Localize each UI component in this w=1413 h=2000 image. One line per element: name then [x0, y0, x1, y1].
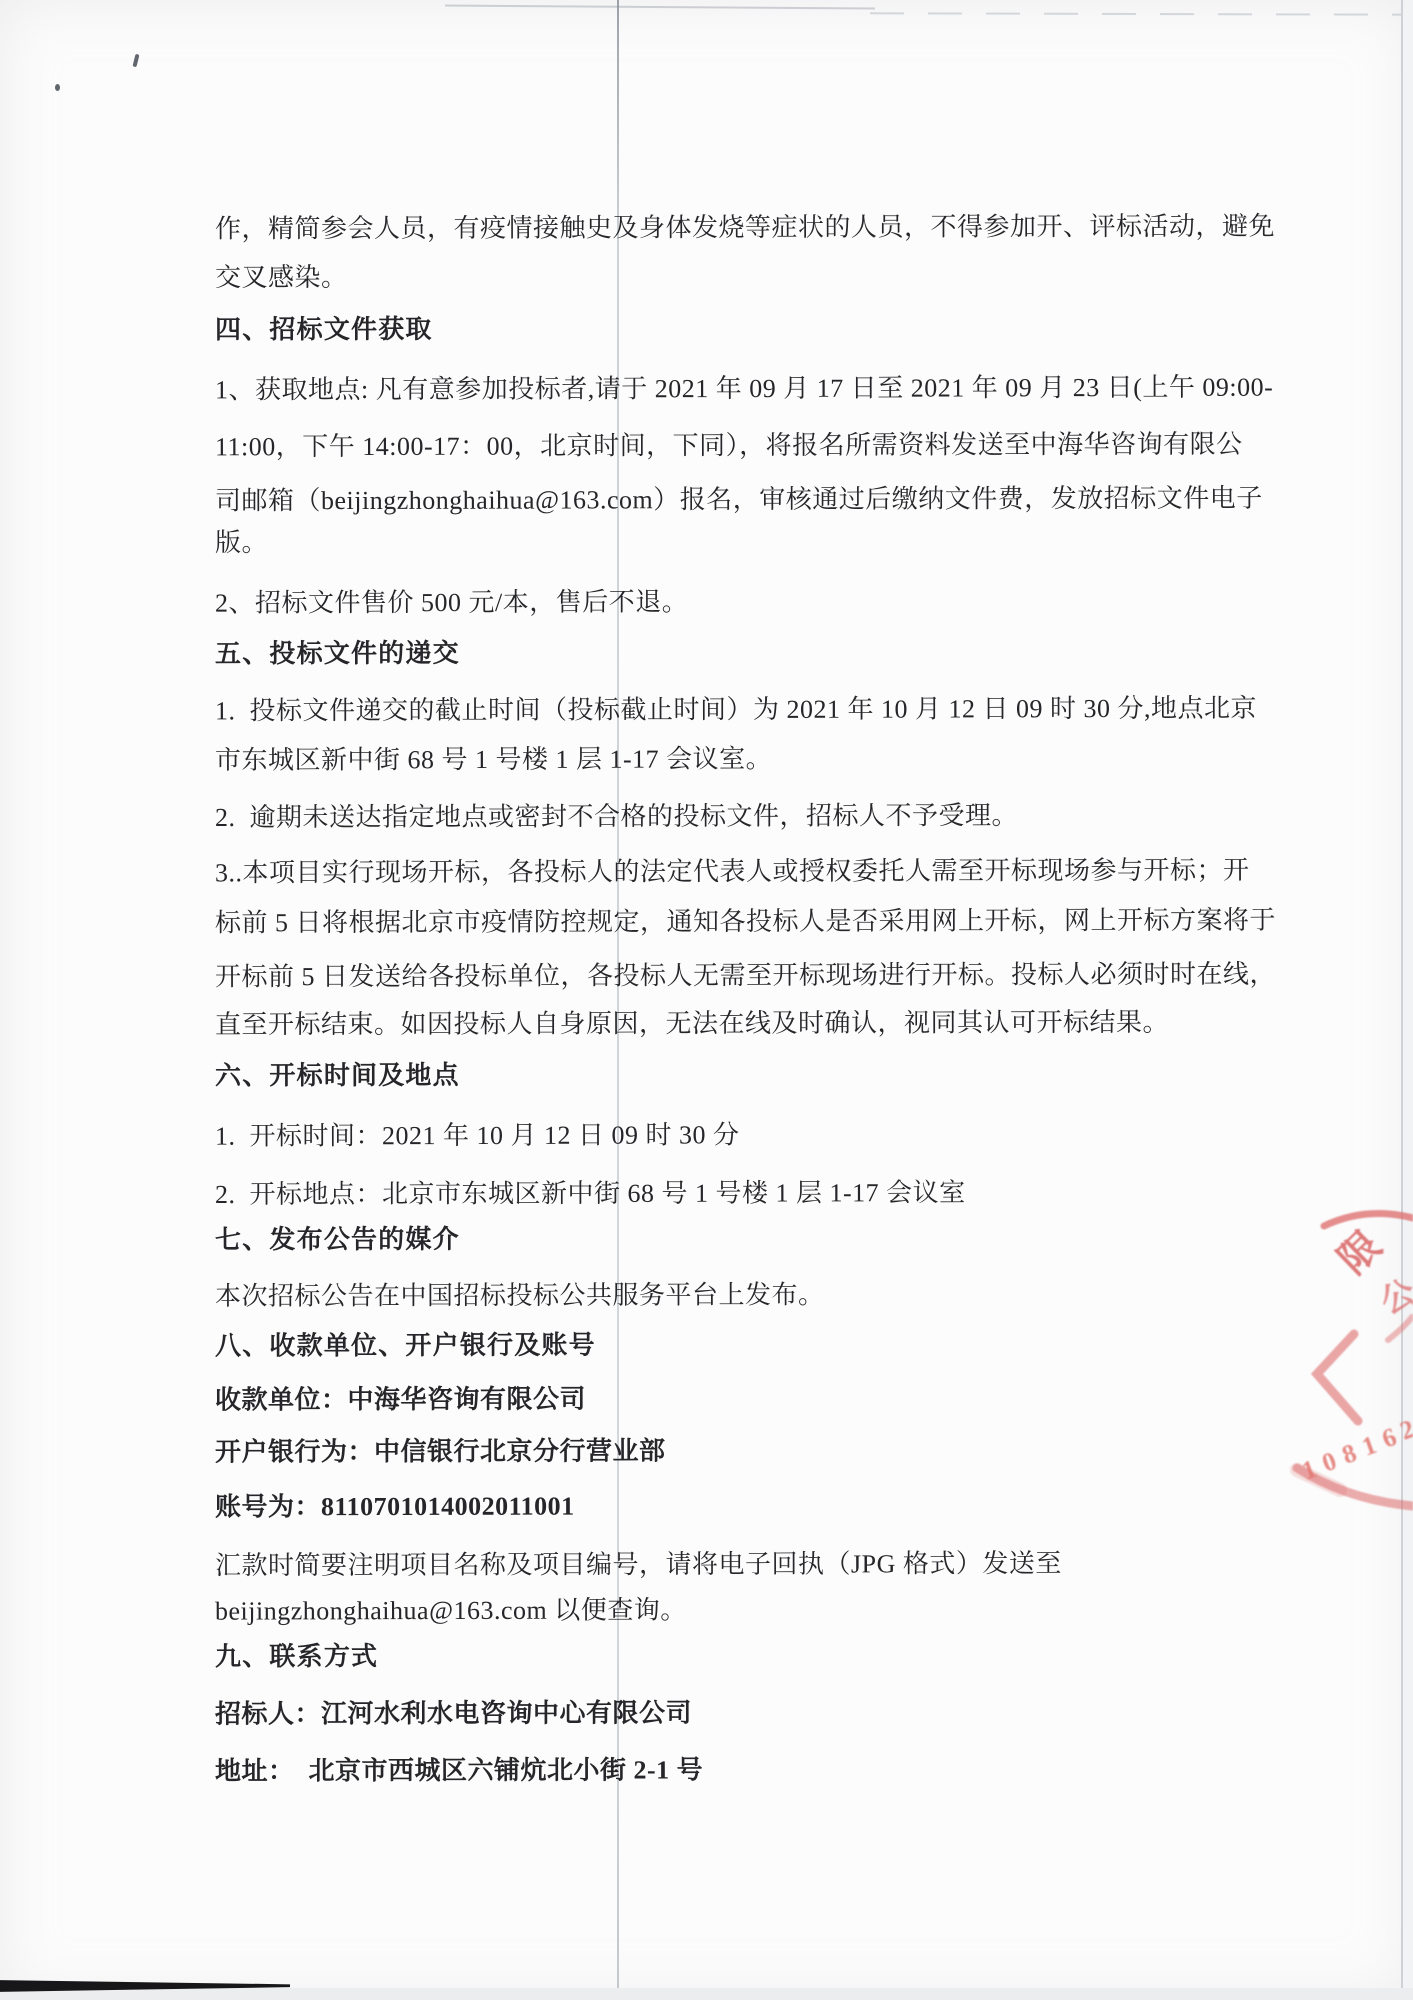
- heading-section-6: 六、开标时间及地点: [215, 1054, 460, 1099]
- body-line-late-bids: 2. 逾期未送达指定地点或密封不合格的投标文件，招标人不予受理。: [215, 794, 1018, 840]
- body-line-onsite-3: 开标前 5 日发送给各投标单位，各投标人无需至开标现场进行开标。投标人必须时时在…: [215, 953, 1276, 1000]
- body-line-obtain-1: 1、获取地点: 凡有意参加投标者,请于 2021 年 09 月 17 日至 20…: [215, 366, 1273, 413]
- body-line-bank: 开户银行为：中信银行北京分行营业部: [215, 1429, 666, 1474]
- body-line-obtain-3-email: 司邮箱（beijingzhonghaihua@163.com）报名，审核通过后缴…: [215, 477, 1263, 524]
- body-line-onsite-4: 直至开标结束。如因投标人自身原因，无法在线及时确认，视同其认可开标结果。: [215, 1001, 1169, 1047]
- body-line-epidemic-1: 作，精简参会人员，有疫情接触史及身体发烧等症状的人员，不得参加开、评标活动，避免: [215, 205, 1275, 252]
- stamp-outer-arc-top: [1324, 1214, 1413, 1227]
- stamp-char-mid: 公: [1375, 1274, 1413, 1322]
- scanned-document-page: 作，精简参会人员，有疫情接触史及身体发烧等症状的人员，不得参加开、评标活动，避免…: [0, 0, 1413, 2000]
- body-line-address: 地址： 北京市西城区六铺炕北小街 2-1 号: [215, 1748, 703, 1793]
- body-line-payee: 收款单位：中海华咨询有限公司: [215, 1378, 586, 1423]
- body-line-doc-price: 2、招标文件售价 500 元/本，售后不退。: [215, 580, 688, 625]
- ink-speck-dot: [55, 84, 60, 91]
- heading-section-8: 八、收款单位、开户银行及账号: [215, 1324, 596, 1369]
- body-line-deadline-2: 市东城区新中街 68 号 1 号楼 1 层 1-17 会议室。: [215, 737, 772, 782]
- heading-section-9: 九、联系方式: [215, 1635, 378, 1679]
- heading-section-5: 五、投标文件的递交: [215, 632, 460, 677]
- body-line-obtain-4: 版。: [215, 521, 268, 565]
- stamp-star-tip: [1317, 1334, 1358, 1421]
- red-stamp: 限 公 108162: [1240, 1190, 1413, 1530]
- page-bottom-shadow: [0, 1988, 1413, 2000]
- body-line-tenderee: 招标人：江河水利水电咨询中心有限公司: [215, 1691, 692, 1736]
- scan-top-scratch-faint: [870, 12, 1413, 15]
- body-line-epidemic-2: 交叉感染。: [215, 256, 348, 300]
- ink-speck-tick: [132, 54, 139, 68]
- body-line-open-time: 1. 开标时间：2021 年 10 月 12 日 09 时 30 分: [215, 1113, 740, 1158]
- scan-top-scratch: [445, 4, 875, 9]
- body-line-onsite-1: 3..本项目实行现场开标，各投标人的法定代表人或授权委托人需至开标现场参与开标；…: [215, 849, 1250, 896]
- body-line-account-number: 账号为：8110701014002011001: [215, 1485, 575, 1530]
- body-line-onsite-2: 标前 5 日将根据北京市疫情防控规定，通知各投标人是否采用网上开标，网上开标方案…: [215, 899, 1276, 946]
- body-line-remit-note-2: beijingzhonghaihua@163.com 以便查询。: [215, 1588, 687, 1633]
- body-line-remit-note-1: 汇款时简要注明项目名称及项目编号，请将电子回执（JPG 格式）发送至: [215, 1542, 1062, 1588]
- stamp-char-top: 限: [1330, 1222, 1390, 1282]
- page-edge-right-strip: [1403, 0, 1413, 2000]
- page-edge-right-line: [1401, 0, 1403, 2000]
- body-line-deadline-1: 1. 投标文件递交的截止时间（投标截止时间）为 2021 年 10 月 12 日…: [215, 687, 1257, 734]
- body-line-media: 本次招标公告在中国招标投标公共服务平台上发布。: [215, 1273, 825, 1319]
- body-line-obtain-2: 11:00，下午 14:00-17：00，北京时间，下同），将报名所需资料发送至…: [215, 423, 1243, 470]
- heading-section-7: 七、发布公告的媒介: [215, 1218, 460, 1263]
- body-line-open-place: 2. 开标地点：北京市东城区新中街 68 号 1 号楼 1 层 1-17 会议室: [215, 1171, 966, 1217]
- heading-section-4: 四、招标文件获取: [215, 308, 433, 353]
